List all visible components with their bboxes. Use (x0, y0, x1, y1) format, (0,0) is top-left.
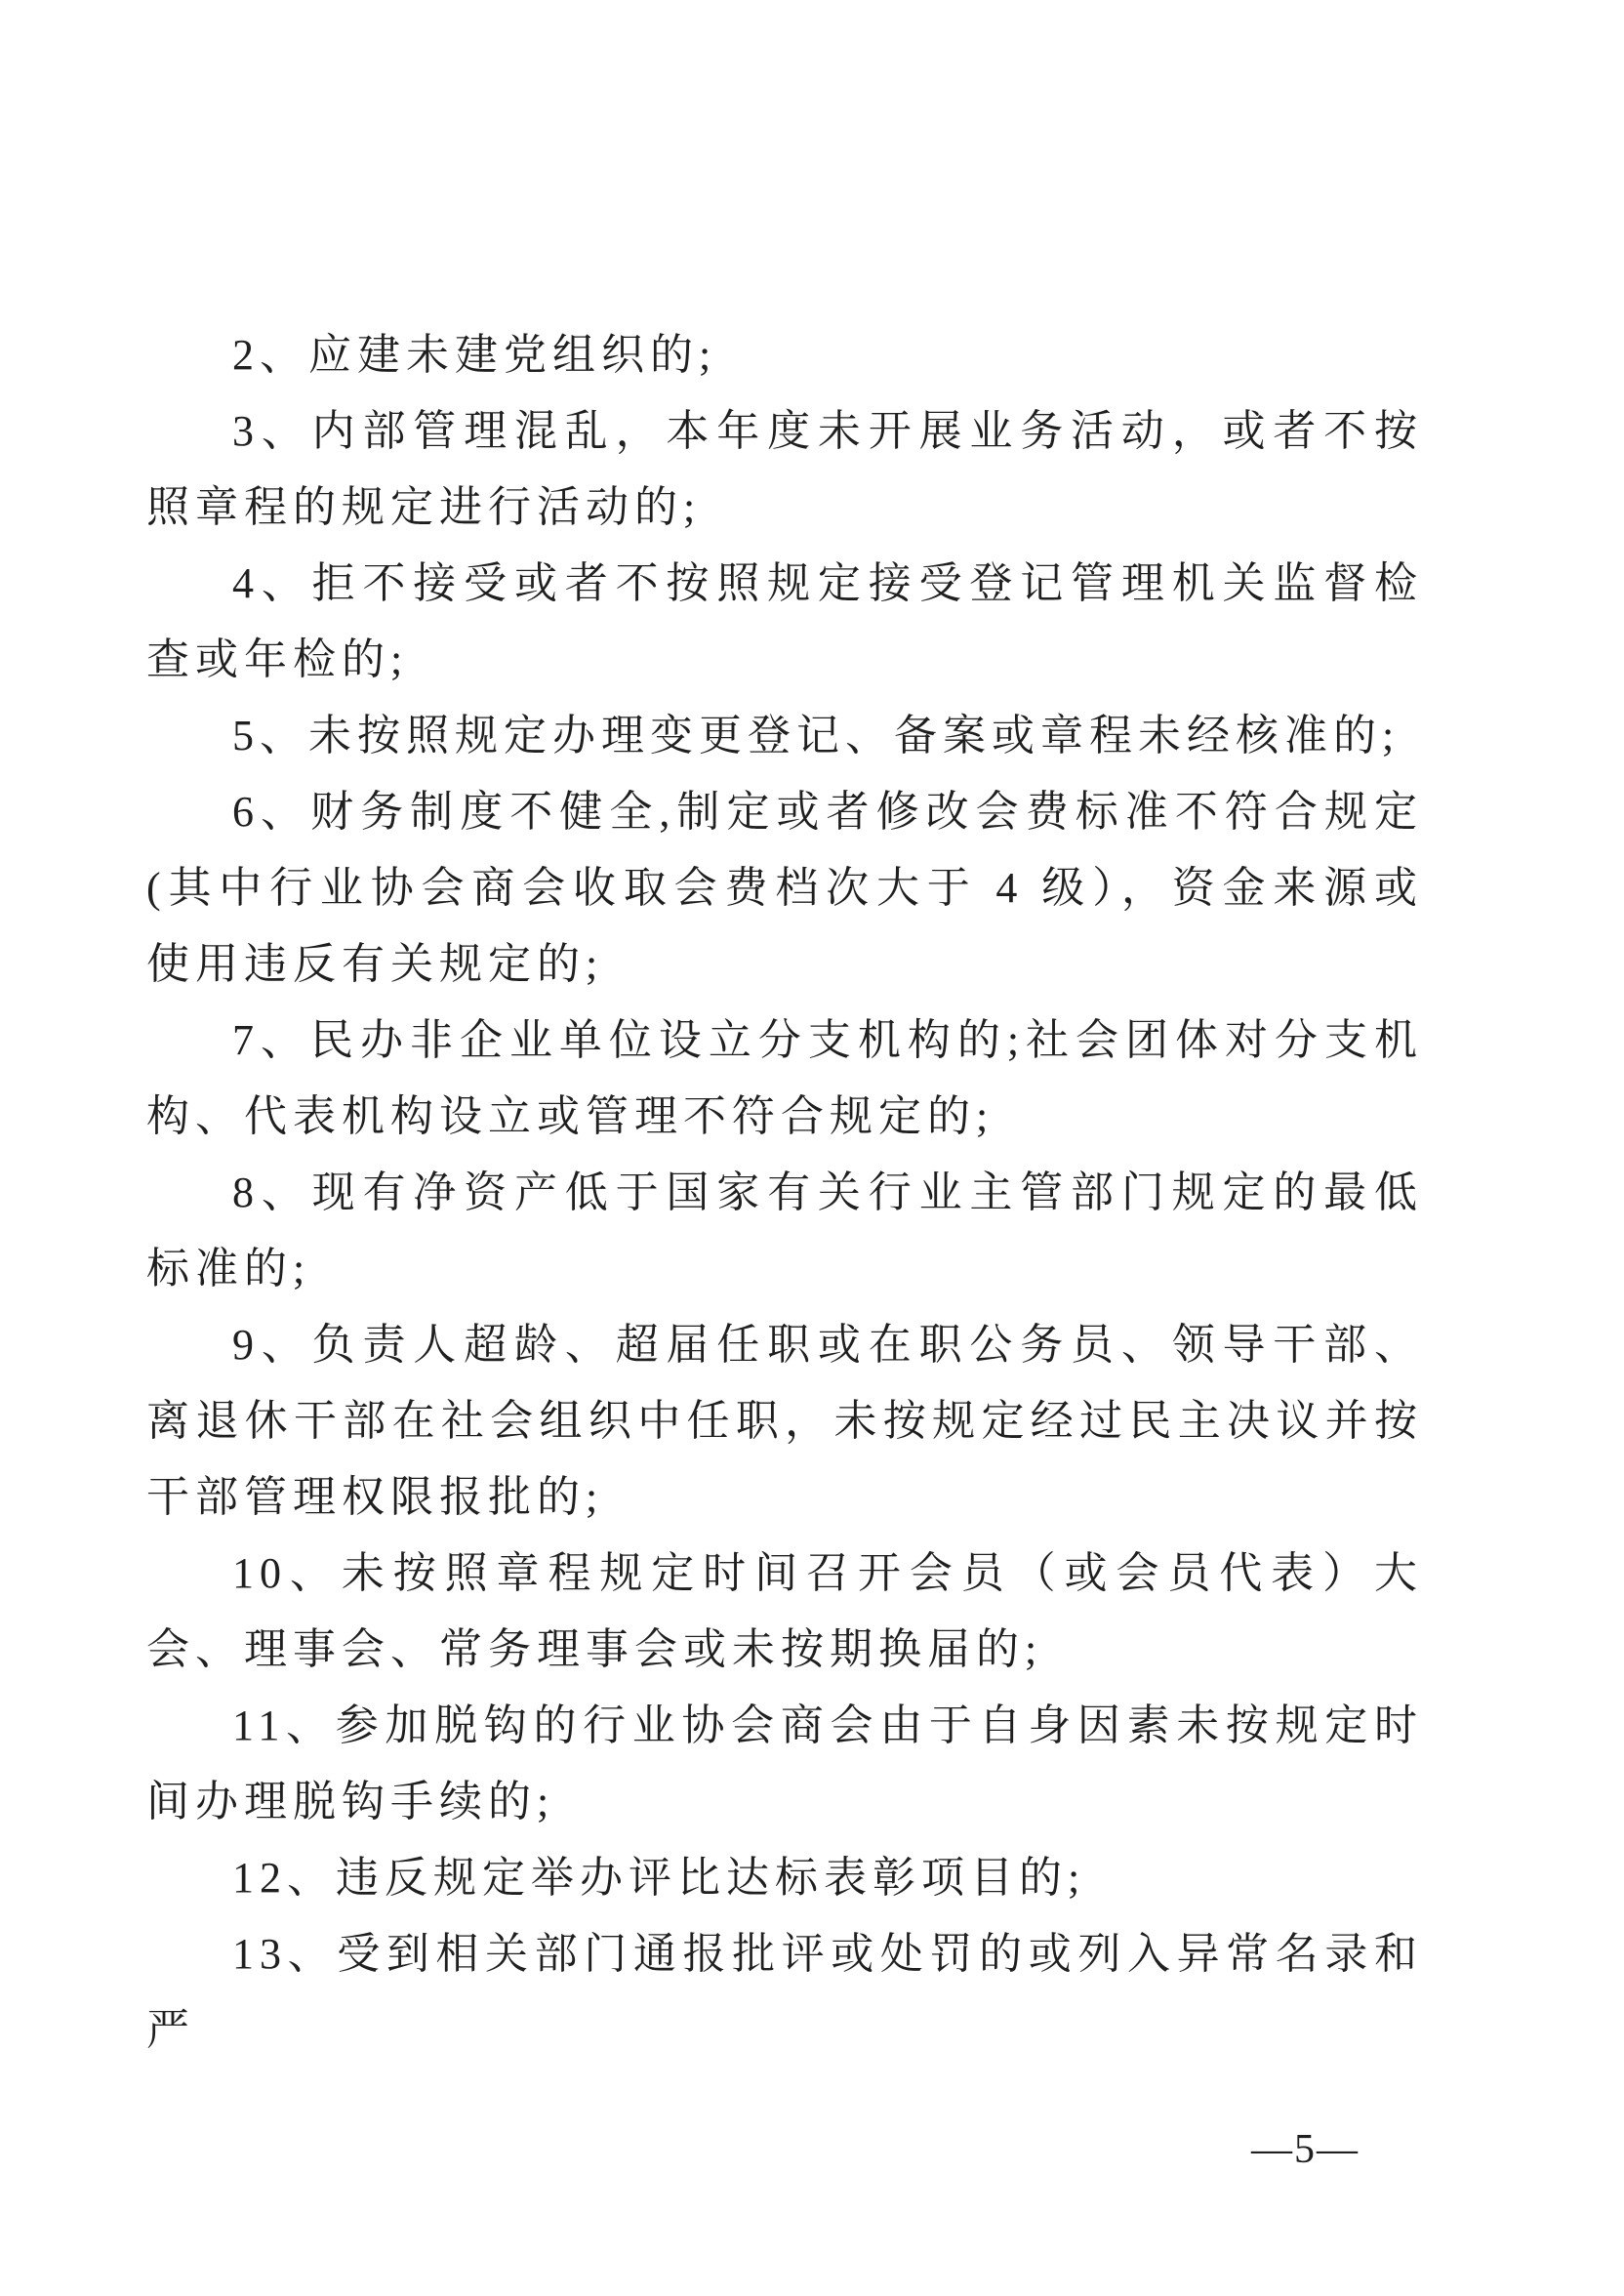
list-item: 2、应建未建党组织的; (146, 317, 1423, 393)
list-item: 5、未按照规定办理变更登记、备案或章程未经核准的; (146, 698, 1423, 774)
paragraph-list: 2、应建未建党组织的;3、内部管理混乱，本年度未开展业务活动，或者不按照章程的规… (146, 317, 1423, 2069)
list-item: 10、未按照章程规定时间召开会员（或会员代表）大会、理事会、常务理事会或未按期换… (146, 1536, 1423, 1688)
list-item: 9、负责人超龄、超届任职或在职公务员、领导干部、离退休干部在社会组织中任职，未按… (146, 1307, 1423, 1536)
list-item: 3、内部管理混乱，本年度未开展业务活动，或者不按照章程的规定进行活动的; (146, 393, 1423, 546)
list-item: 7、民办非企业单位设立分支机构的;社会团体对分支机构、代表机构设立或管理不符合规… (146, 1003, 1423, 1155)
list-item: 4、拒不接受或者不按照规定接受登记管理机关监督检查或年检的; (146, 546, 1423, 698)
list-item: 12、违反规定举办评比达标表彰项目的; (146, 1840, 1423, 1916)
list-item: 13、受到相关部门通报批评或处罚的或列入异常名录和严 (146, 1916, 1423, 2069)
page-number: —5— (1251, 2126, 1360, 2173)
list-item: 8、现有净资产低于国家有关行业主管部门规定的最低标准的; (146, 1155, 1423, 1307)
list-item: 11、参加脱钩的行业协会商会由于自身因素未按规定时间办理脱钩手续的; (146, 1688, 1423, 1840)
document-page: 2、应建未建党组织的;3、内部管理混乱，本年度未开展业务活动，或者不按照章程的规… (0, 0, 1624, 2296)
list-item: 6、财务制度不健全,制定或者修改会费标准不符合规定(其中行业协会商会收取会费档次… (146, 774, 1423, 1003)
